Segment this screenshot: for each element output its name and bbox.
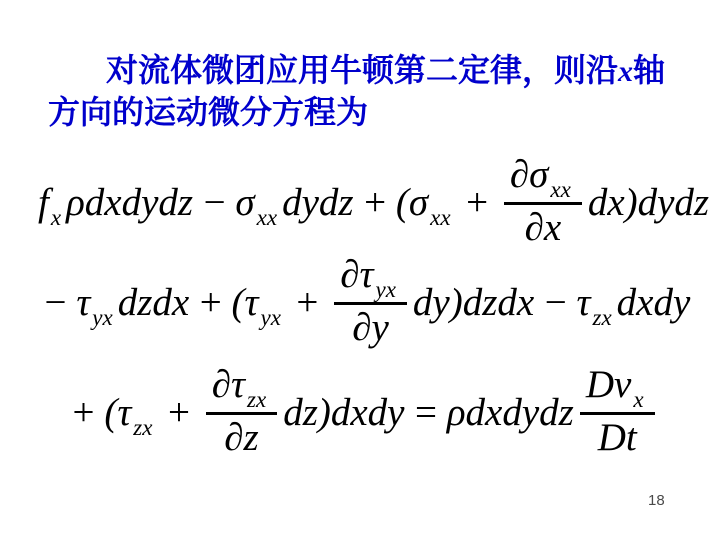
fraction-denominator: ∂x	[525, 205, 562, 249]
math-fraction-dvx-dt: DvxDt	[580, 365, 655, 459]
operator-plus: +	[189, 281, 231, 324]
math-token-partial-sigma: ∂σ	[510, 153, 549, 196]
math-token-tau: τ	[577, 281, 591, 324]
math-token-dxdy: dxdy	[617, 281, 691, 324]
subscript-yx: yx	[92, 305, 112, 330]
math-token-paren-sigma: (σ	[396, 181, 428, 224]
operator-plus: +	[354, 181, 396, 224]
math-run: dx)dydz	[588, 180, 709, 225]
operator-plus: +	[456, 181, 498, 224]
equation-line-3: +(τzx+ ∂τzx∂z dz)dxdy=ρdxdydz DvxDt	[62, 360, 661, 464]
math-token-dz-dxdy: dz)dxdy	[283, 391, 404, 434]
subscript-xx: xx	[257, 205, 277, 230]
fraction-denominator: ∂z	[224, 415, 258, 459]
subscript-zx: zx	[593, 305, 612, 330]
title-line-1: 对流体微团应用牛顿第二定律，则沿x轴	[48, 50, 692, 92]
operator-plus: +	[62, 391, 104, 434]
operator-minus: −	[534, 281, 576, 324]
operator-equals: =	[404, 391, 446, 434]
fraction-numerator: ∂τyx	[334, 255, 407, 305]
fraction-numerator: ∂σxx	[504, 155, 582, 205]
math-token-paren-tau: (τ	[104, 391, 131, 434]
page-number: 18	[648, 492, 665, 509]
math-token-dx-dydz: dx)dydz	[588, 181, 709, 224]
math-token-tau: τ	[76, 281, 90, 324]
equation-line-1: fxρdxdydz−σxxdydz+(σxx+ ∂σxx∂x dx)dydz	[38, 150, 709, 254]
math-fraction-dsigma-dx: ∂σxx∂x	[504, 155, 582, 249]
subscript-zx: zx	[133, 415, 152, 440]
math-token-dy-dzdx: dy)dzdx	[413, 281, 534, 324]
subscript-yx: yx	[375, 277, 395, 302]
fraction-denominator: Dt	[598, 415, 637, 459]
subscript-yx: yx	[261, 305, 281, 330]
operator-plus: +	[286, 281, 328, 324]
math-token-paren-tau: (τ	[232, 281, 259, 324]
subscript-x: x	[51, 205, 61, 230]
title-line1-suffix: 轴	[633, 52, 665, 88]
math-token-dydz: dydz	[282, 181, 354, 224]
title-x-variable: x	[618, 55, 633, 88]
presentation-slide: 对流体微团应用牛顿第二定律，则沿x轴 方向的运动微分方程为 fxρdxdydz−…	[0, 0, 720, 540]
math-token-partial-tau: ∂τ	[340, 253, 373, 296]
math-run: +(τzx+	[62, 390, 200, 435]
math-run: dz)dxdy=ρdxdydz	[283, 390, 574, 435]
slide-title: 对流体微团应用牛顿第二定律，则沿x轴 方向的运动微分方程为	[48, 50, 692, 133]
operator-minus: −	[193, 181, 235, 224]
fraction-numerator: Dvx	[580, 365, 655, 415]
fraction-numerator: ∂τzx	[206, 365, 277, 415]
math-run: fxρdxdydz−σxxdydz+(σxx+	[38, 180, 498, 225]
title-line-2: 方向的运动微分方程为	[48, 92, 692, 133]
subscript-x: x	[633, 387, 643, 412]
operator-plus: +	[157, 391, 199, 434]
math-fraction-dtau-dz: ∂τzx∂z	[206, 365, 277, 459]
math-token-f: f	[38, 181, 49, 224]
subscript-zx: zx	[247, 387, 266, 412]
subscript-xx: xx	[550, 177, 570, 202]
math-token-sigma: σ	[235, 181, 254, 224]
operator-minus: −	[34, 281, 76, 324]
math-token-partial-tau: ∂τ	[212, 363, 245, 406]
math-token-rho-dxdydz: ρdxdydz	[66, 181, 193, 224]
equation-line-2: −τyxdzdx+(τyx+ ∂τyx∂y dy)dzdx−τzxdxdy	[34, 252, 690, 352]
title-line1-text: 对流体微团应用牛顿第二定律，则沿	[106, 52, 618, 88]
subscript-xx: xx	[430, 205, 450, 230]
math-token-dv: Dv	[586, 363, 631, 406]
fraction-denominator: ∂y	[352, 305, 389, 349]
math-token-rho-dxdydz: ρdxdydz	[447, 391, 574, 434]
math-fraction-dtau-dy: ∂τyx∂y	[334, 255, 407, 349]
math-token-dzdx: dzdx	[118, 281, 190, 324]
math-run: −τyxdzdx+(τyx+	[34, 280, 328, 325]
math-run: dy)dzdx−τzxdxdy	[413, 280, 690, 325]
